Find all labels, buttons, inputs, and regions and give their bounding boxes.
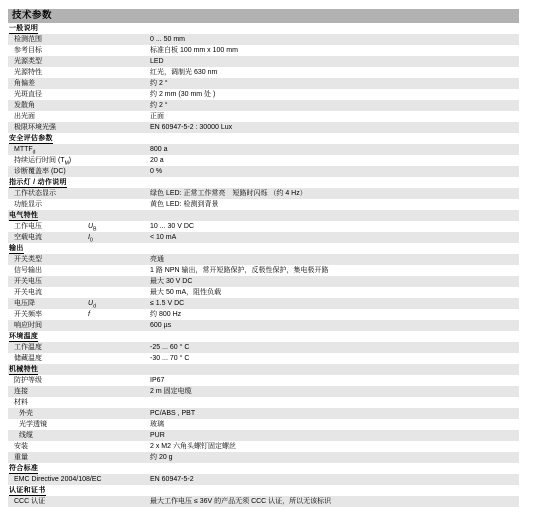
spec-value: 约 2 °	[150, 100, 519, 111]
spec-row: 外壳PC/ABS , PBT	[8, 408, 519, 419]
spec-label: 防护等级	[8, 375, 88, 386]
spec-symbol	[88, 287, 150, 298]
spec-value: IP67	[150, 375, 519, 386]
spec-row: 开关电流最大 50 mA，阻性负载	[8, 287, 519, 298]
spec-value: -30 ... 70 ° C	[150, 353, 519, 364]
spec-row: 光源特性红光，调制光 630 nm	[8, 67, 519, 78]
spec-symbol-subscript: 0	[90, 237, 93, 243]
spec-symbol	[88, 199, 150, 210]
spec-label: 持续运行时间 (TM)	[8, 155, 88, 166]
spec-row: 电压降Ud≤ 1.5 V DC	[8, 298, 519, 309]
spec-row: 诊断覆盖率 (DC)0 %	[8, 166, 519, 177]
spec-value: 亮通	[150, 254, 519, 265]
spec-symbol	[88, 78, 150, 89]
spec-value: -25 ... 60 ° C	[150, 342, 519, 353]
spec-value: 10 ... 30 V DC	[150, 221, 519, 232]
spec-symbol	[88, 111, 150, 122]
spec-value: 600 µs	[150, 320, 519, 331]
section-header-row: 认证和证书	[8, 485, 519, 496]
spec-label: 储藏温度	[8, 353, 88, 364]
spec-label: 检测范围	[8, 34, 88, 45]
spec-row: 角偏差约 2 °	[8, 78, 519, 89]
spec-label: 开关频率	[8, 309, 88, 320]
section-header: 电气特性	[9, 210, 38, 221]
spec-value: 800 a	[150, 144, 519, 155]
spec-symbol	[88, 265, 150, 276]
spec-row: MTTFd800 a	[8, 144, 519, 155]
spec-symbol	[88, 34, 150, 45]
spec-value: 约 2 mm (30 mm 处 )	[150, 89, 519, 100]
spec-value: EN 60947-5-2	[150, 474, 519, 485]
spec-symbol	[88, 155, 150, 166]
spec-value: 约 800 Hz	[150, 309, 519, 320]
spec-value: 约 20 g	[150, 452, 519, 463]
spec-label: 功能显示	[8, 199, 88, 210]
spec-symbol	[88, 342, 150, 353]
spec-label: 电压降	[8, 298, 88, 309]
spec-symbol	[88, 89, 150, 100]
section-header: 安全评估参数	[9, 133, 53, 144]
spec-symbol	[88, 144, 150, 155]
spec-row: 开关频率f约 800 Hz	[8, 309, 519, 320]
spec-symbol: Ud	[88, 298, 150, 309]
section-header-row: 安全评估参数	[8, 133, 519, 144]
spec-value: 2 m 固定电缆	[150, 386, 519, 397]
spec-symbol	[88, 474, 150, 485]
spec-value: 1 路 NPN 输出，常开短路保护，反极性保护，集电极开路	[150, 265, 519, 276]
spec-row: 光斑直径约 2 mm (30 mm 处 )	[8, 89, 519, 100]
spec-value: 最大 50 mA，阻性负载	[150, 287, 519, 298]
spec-label: 工作状态显示	[8, 188, 88, 199]
spec-label: 出光面	[8, 111, 88, 122]
spec-label: 参考目标	[8, 45, 88, 56]
spec-value: PUR	[150, 430, 519, 441]
spec-symbol	[88, 408, 150, 419]
spec-value: 最大 30 V DC	[150, 276, 519, 287]
spec-label: 响应时间	[8, 320, 88, 331]
section-header: 机械特性	[9, 364, 38, 375]
spec-label: 诊断覆盖率 (DC)	[8, 166, 88, 177]
spec-symbol	[88, 397, 150, 408]
section-header: 一般说明	[9, 23, 38, 34]
spec-value: ≤ 1.5 V DC	[150, 298, 519, 309]
spec-row: 发散角约 2 °	[8, 100, 519, 111]
spec-symbol	[88, 496, 150, 507]
spec-row: 材料	[8, 397, 519, 408]
spec-value: 玻璃	[150, 419, 519, 430]
spec-symbol	[88, 452, 150, 463]
spec-row: 光学透镜玻璃	[8, 419, 519, 430]
spec-label: 开关类型	[8, 254, 88, 265]
section-header-row: 指示灯 / 动作说明	[8, 177, 519, 188]
spec-value: < 10 mA	[150, 232, 519, 243]
section-header-row: 输出	[8, 243, 519, 254]
spec-label: 空载电流	[8, 232, 88, 243]
spec-row: 线缆PUR	[8, 430, 519, 441]
spec-value: 红光，调制光 630 nm	[150, 67, 519, 78]
spec-value: PC/ABS , PBT	[150, 408, 519, 419]
spec-value: 0 %	[150, 166, 519, 177]
spec-symbol	[88, 430, 150, 441]
spec-row: 工作电压UB10 ... 30 V DC	[8, 221, 519, 232]
spec-row: 响应时间600 µs	[8, 320, 519, 331]
spec-row: 参考目标标准白板 100 mm x 100 mm	[8, 45, 519, 56]
spec-row: 出光面正面	[8, 111, 519, 122]
spec-symbol	[88, 441, 150, 452]
spec-row: 空载电流I0< 10 mA	[8, 232, 519, 243]
spec-value: 2 x M2 六角头螺钉固定螺丝	[150, 441, 519, 452]
spec-row: 功能显示黄色 LED: 检测到背景	[8, 199, 519, 210]
spec-symbol	[88, 353, 150, 364]
section-header: 环境温度	[9, 331, 38, 342]
spec-value: 0 ... 50 mm	[150, 34, 519, 45]
spec-symbol	[88, 166, 150, 177]
spec-label: 光斑直径	[8, 89, 88, 100]
spec-symbol	[88, 188, 150, 199]
spec-label: EMC Directive 2004/108/EC	[8, 474, 88, 485]
spec-label: 工作温度	[8, 342, 88, 353]
spec-row: 开关类型亮通	[8, 254, 519, 265]
spec-label: 材料	[8, 397, 88, 408]
spec-value: 标准白板 100 mm x 100 mm	[150, 45, 519, 56]
spec-symbol: f	[88, 309, 150, 320]
spec-value: EN 60947-5-2 : 30000 Lux	[150, 122, 519, 133]
section-header-row: 一般说明	[8, 23, 519, 34]
page-title: 技术参数	[8, 9, 519, 23]
spec-symbol	[88, 375, 150, 386]
spec-table: 一般说明检测范围0 ... 50 mm参考目标标准白板 100 mm x 100…	[8, 23, 519, 507]
spec-label: CCC 认证	[8, 496, 88, 507]
spec-row: 开关电压最大 30 V DC	[8, 276, 519, 287]
spec-label: 光学透镜	[8, 419, 88, 430]
spec-label: 角偏差	[8, 78, 88, 89]
spec-symbol	[88, 386, 150, 397]
spec-row: 重量约 20 g	[8, 452, 519, 463]
spec-label: 重量	[8, 452, 88, 463]
section-header-row: 机械特性	[8, 364, 519, 375]
section-header: 符合标准	[9, 463, 38, 474]
spec-label: 极限环境光强	[8, 122, 88, 133]
spec-row: 极限环境光强EN 60947-5-2 : 30000 Lux	[8, 122, 519, 133]
spec-row: 持续运行时间 (TM)20 a	[8, 155, 519, 166]
spec-label: 连接	[8, 386, 88, 397]
spec-row: 工作温度-25 ... 60 ° C	[8, 342, 519, 353]
section-header-row: 环境温度	[8, 331, 519, 342]
spec-row: EMC Directive 2004/108/ECEN 60947-5-2	[8, 474, 519, 485]
spec-label: 光源类型	[8, 56, 88, 67]
spec-row: 光源类型LED	[8, 56, 519, 67]
spec-value: 约 2 °	[150, 78, 519, 89]
spec-value: 黄色 LED: 检测到背景	[150, 199, 519, 210]
spec-label: 工作电压	[8, 221, 88, 232]
spec-row: 储藏温度-30 ... 70 ° C	[8, 353, 519, 364]
spec-row: 工作状态显示绿色 LED: 正常工作常亮 短路时闪烁 （约 4 Hz）	[8, 188, 519, 199]
spec-symbol: I0	[88, 232, 150, 243]
spec-value: 20 a	[150, 155, 519, 166]
spec-symbol	[88, 67, 150, 78]
spec-row: CCC 认证最大工作电压 ≤ 36V 的产品无须 CCC 认证，所以无该标识	[8, 496, 519, 507]
datasheet-page: 技术参数 一般说明检测范围0 ... 50 mm参考目标标准白板 100 mm …	[0, 0, 534, 530]
section-header: 指示灯 / 动作说明	[9, 177, 67, 188]
spec-label: 开关电流	[8, 287, 88, 298]
spec-symbol	[88, 320, 150, 331]
spec-symbol	[88, 56, 150, 67]
spec-symbol	[88, 122, 150, 133]
spec-label: 线缆	[8, 430, 88, 441]
spec-row: 安装2 x M2 六角头螺钉固定螺丝	[8, 441, 519, 452]
spec-value: LED	[150, 56, 519, 67]
section-header: 输出	[9, 243, 24, 254]
spec-symbol	[88, 419, 150, 430]
spec-symbol: UB	[88, 221, 150, 232]
spec-label: 开关电压	[8, 276, 88, 287]
spec-symbol	[88, 254, 150, 265]
spec-label: 安装	[8, 441, 88, 452]
spec-label: 发散角	[8, 100, 88, 111]
spec-symbol	[88, 45, 150, 56]
spec-label: 信号输出	[8, 265, 88, 276]
spec-value: 正面	[150, 111, 519, 122]
spec-value: 最大工作电压 ≤ 36V 的产品无须 CCC 认证，所以无该标识	[150, 496, 519, 507]
spec-label: 外壳	[8, 408, 88, 419]
spec-label: 光源特性	[8, 67, 88, 78]
spec-symbol	[88, 276, 150, 287]
spec-value: 绿色 LED: 正常工作常亮 短路时闪烁 （约 4 Hz）	[150, 188, 519, 199]
spec-row: 信号输出1 路 NPN 输出，常开短路保护，反极性保护，集电极开路	[8, 265, 519, 276]
spec-row: 防护等级IP67	[8, 375, 519, 386]
spec-value	[150, 397, 519, 408]
section-header: 认证和证书	[9, 485, 46, 496]
section-header-row: 符合标准	[8, 463, 519, 474]
spec-row: 检测范围0 ... 50 mm	[8, 34, 519, 45]
spec-symbol	[88, 100, 150, 111]
spec-label: MTTFd	[8, 144, 88, 155]
section-header-row: 电气特性	[8, 210, 519, 221]
spec-row: 连接2 m 固定电缆	[8, 386, 519, 397]
